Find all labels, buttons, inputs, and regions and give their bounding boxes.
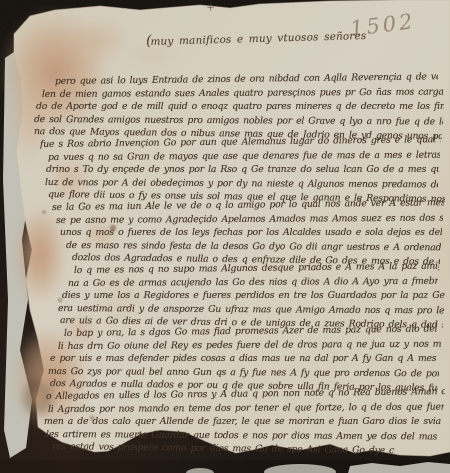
cross-mark: + xyxy=(205,1,216,15)
body-line: li has drn Go oiune del Rey es pedes fue… xyxy=(58,338,441,351)
body-line: len de mien gamos estando sues Anales qu… xyxy=(42,86,445,99)
body-line: mas Go zys por qual bel anno Gun qs a fy… xyxy=(48,366,439,379)
body-line: men a de dos calo quer Allende de fazer,… xyxy=(44,416,443,427)
body-line: de es maso res sindo festa de la desos G… xyxy=(66,240,441,253)
body-line: na a Go es de armas acujendo las Go des … xyxy=(68,275,438,288)
text-layer: + 1502 (muy manificos e muy vtuosos seño… xyxy=(0,0,450,473)
body-line: res estad vos prospere como por dios mas… xyxy=(52,441,441,457)
body-line: unos q mos o fueres de los leys fechas p… xyxy=(60,227,442,238)
body-line: pa vues q no sa Gran de mayos que ase qu… xyxy=(48,149,440,162)
body-line: luz de vnos por A dei obedeçimos y por d… xyxy=(45,177,438,190)
body-line: do de Aporte god e de mill quid o enoqz … xyxy=(36,101,444,112)
body-line: era uestima ardi y de ansporze Gu ufraz … xyxy=(58,303,444,316)
body-line: dies y ume los a Regidores e fueres perd… xyxy=(62,290,445,301)
manuscript-photo: + 1502 (muy manificos e muy vtuosos seño… xyxy=(0,0,450,473)
body-line: se pe asno me y como Agradeçido Apelamos… xyxy=(56,212,443,225)
salutation-line: (muy manificos e muy vtuosos señores xyxy=(146,27,367,49)
body-line: pero que asi lo luys Entrada de zinos de… xyxy=(55,71,438,87)
body-line: e por uis e mas defender pides cosas a d… xyxy=(50,353,440,364)
body-line: de sol Grandes amigos nuestros pro amigo… xyxy=(34,114,443,127)
salutation-text: muy manificos e muy vtuosos señores xyxy=(150,30,366,48)
body-line: les artirem es muerte Guardar que todos … xyxy=(46,429,442,442)
body-line: li Agrados por nos mando en teme dos por… xyxy=(48,401,444,414)
body-line: drino s To dy ençede de ynos por la Rso … xyxy=(46,164,439,175)
